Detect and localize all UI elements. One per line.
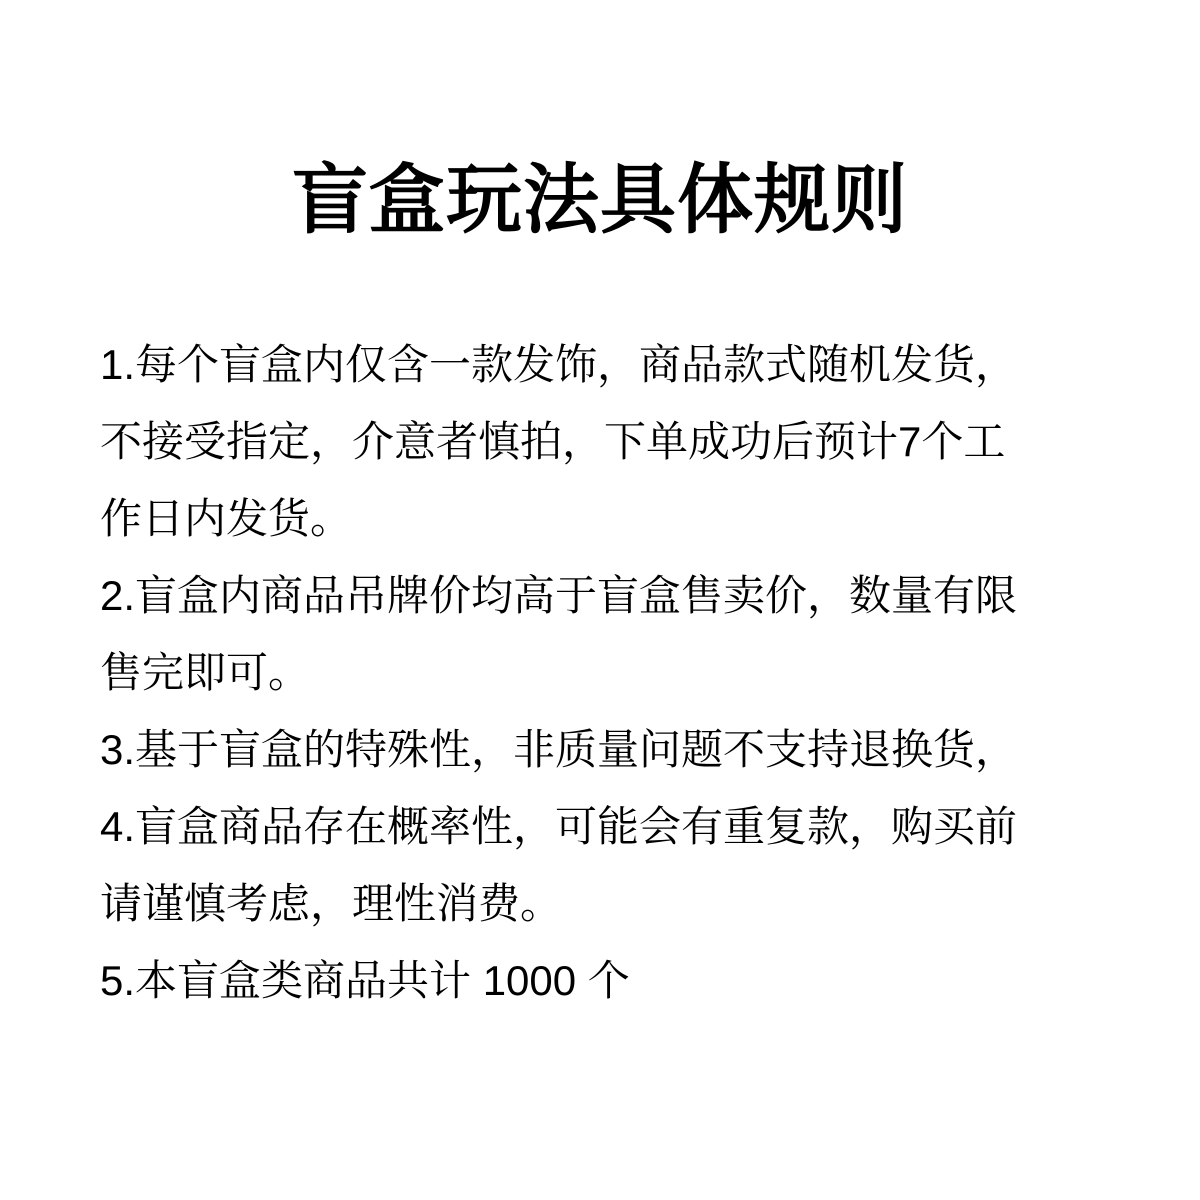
rules-list: 1.每个盲盒内仅含一款发饰，商品款式随机发货，不接受指定，介意者慎拍，下单成功后… (100, 326, 1110, 1019)
rule-line: 3.基于盲盒的特殊性，非质量问题不支持退换货， (100, 711, 1110, 788)
rule-line: 作日内发货。 (100, 480, 1110, 557)
rule-line: 2.盲盒内商品吊牌价均高于盲盒售卖价，数量有限 (100, 557, 1110, 634)
page-title: 盲盒玩法具体规则 (0, 0, 1200, 246)
rule-line: 售完即可。 (100, 634, 1110, 711)
rule-line: 1.每个盲盒内仅含一款发饰，商品款式随机发货， (100, 326, 1110, 403)
rule-line: 5.本盲盒类商品共计 1000 个 (100, 942, 1110, 1019)
rule-line: 不接受指定，介意者慎拍，下单成功后预计7个工 (100, 403, 1110, 480)
rule-line: 4.盲盒商品存在概率性，可能会有重复款，购买前 (100, 788, 1110, 865)
rules-page: 盲盒玩法具体规则 1.每个盲盒内仅含一款发饰，商品款式随机发货，不接受指定，介意… (0, 0, 1200, 1200)
rule-line: 请谨慎考虑，理性消费。 (100, 865, 1110, 942)
